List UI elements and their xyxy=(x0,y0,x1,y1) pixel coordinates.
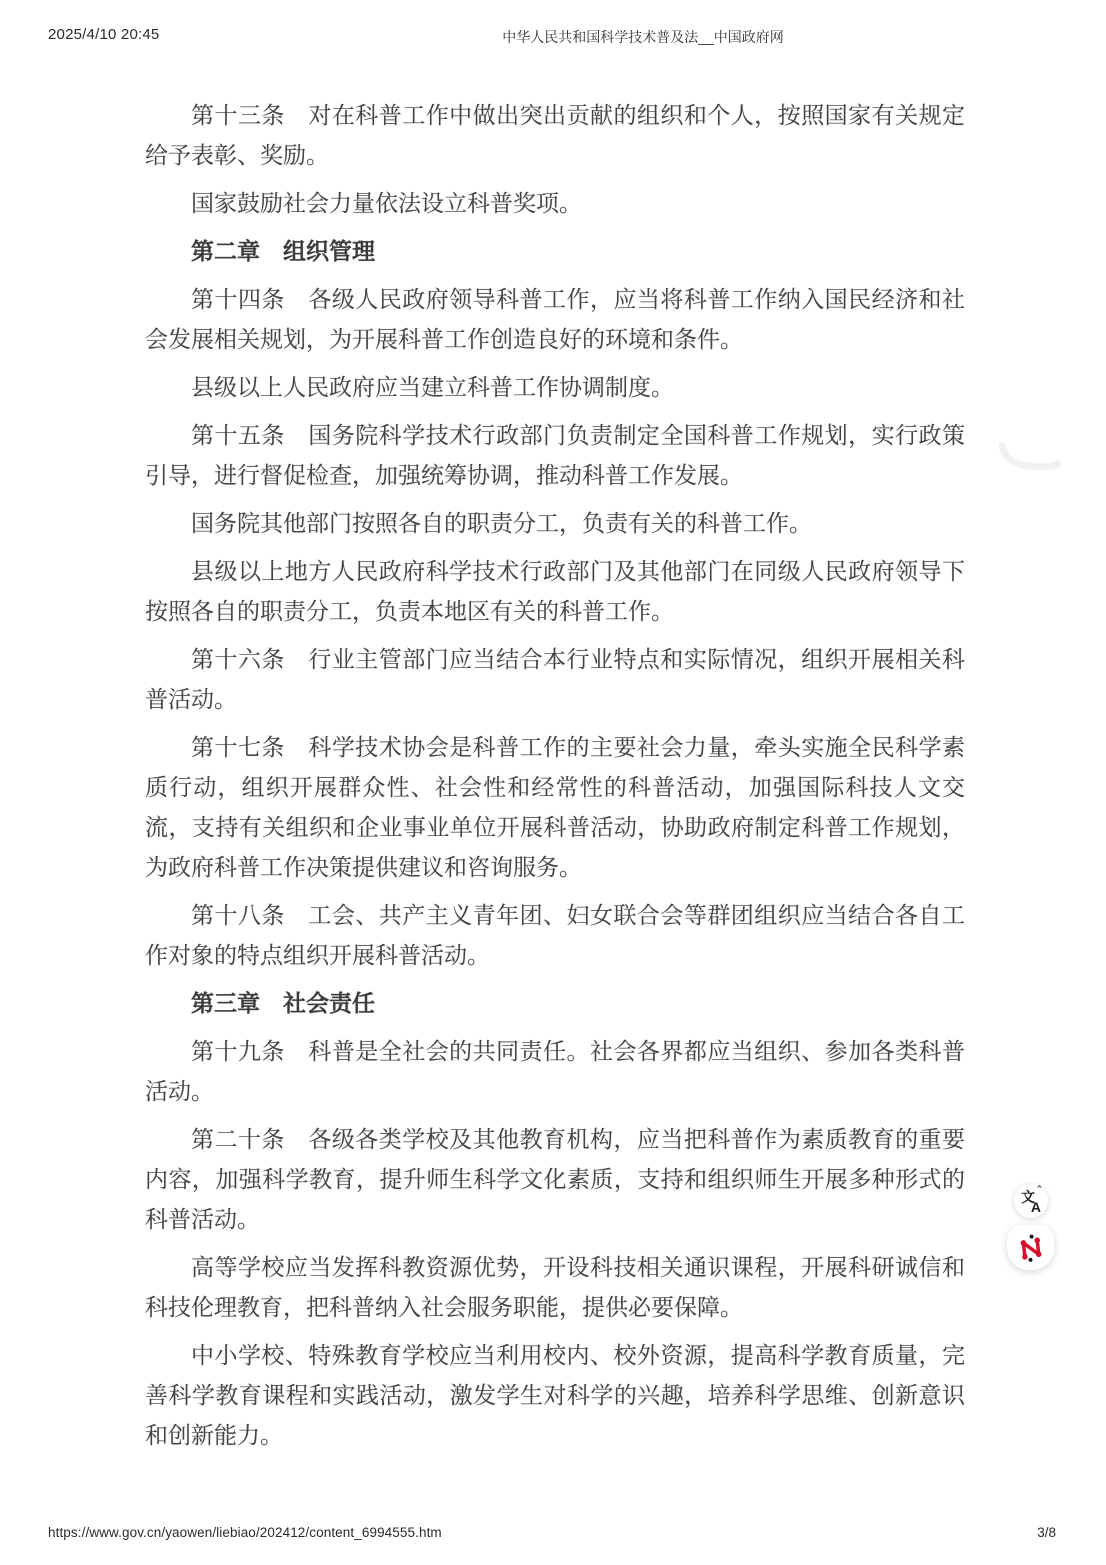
translate-letter-icon: A xyxy=(1031,1199,1041,1215)
law-paragraph: 第十八条 工会、共产主义青年团、妇女联合会等群团组织应当结合各自工作对象的特点组… xyxy=(145,896,965,976)
n-node-graph-icon xyxy=(1017,1234,1045,1262)
print-header: 2025/4/10 20:45 中华人民共和国科学技术普及法__中国政府网 xyxy=(48,26,1058,46)
translate-caret-icon: ˆ xyxy=(1037,1185,1041,1197)
page-number: 3/8 xyxy=(1037,1525,1056,1540)
law-paragraph: 国务院其他部门按照各自的职责分工，负责有关的科普工作。 xyxy=(145,504,965,544)
law-paragraph: 第十六条 行业主管部门应当结合本行业特点和实际情况，组织开展相关科普活动。 xyxy=(145,640,965,720)
notes-extension-button[interactable] xyxy=(1007,1225,1054,1270)
print-footer: https://www.gov.cn/yaowen/liebiao/202412… xyxy=(48,1525,1056,1543)
law-paragraph: 县级以上人民政府应当建立科普工作协调制度。 xyxy=(145,368,965,408)
law-paragraph: 中小学校、特殊教育学校应当利用校内、校外资源，提高科学教育质量，完善科学教育课程… xyxy=(145,1336,965,1456)
law-paragraph: 国家鼓励社会力量依法设立科普奖项。 xyxy=(145,184,965,224)
chapter-heading: 第三章 社会责任 xyxy=(145,984,965,1024)
law-paragraph: 县级以上地方人民政府科学技术行政部门及其他部门在同级人民政府领导下按照各自的职责… xyxy=(145,552,965,632)
document-title: 中华人民共和国科学技术普及法__中国政府网 xyxy=(228,27,1058,47)
scan-artifact xyxy=(998,442,1060,474)
law-paragraph: 第二十条 各级各类学校及其他教育机构，应当把科普作为素质教育的重要内容，加强科学… xyxy=(145,1120,965,1240)
law-paragraph: 第十五条 国务院科学技术行政部门负责制定全国科普工作规划，实行政策引导，进行督促… xyxy=(145,416,965,496)
law-paragraph: 第十七条 科学技术协会是科普工作的主要社会力量，牵头实施全民科学素质行动，组织开… xyxy=(145,728,965,888)
law-paragraph: 第十九条 科普是全社会的共同责任。社会各界都应当组织、参加各类科普活动。 xyxy=(145,1032,965,1112)
source-url: https://www.gov.cn/yaowen/liebiao/202412… xyxy=(48,1525,442,1540)
translate-button[interactable]: 文 ˆ A xyxy=(1014,1184,1048,1218)
law-paragraph: 第十三条 对在科普工作中做出突出贡献的组织和个人，按照国家有关规定给予表彰、奖励… xyxy=(145,96,965,176)
law-paragraph: 高等学校应当发挥科教资源优势，开设科技相关通识课程，开展科研诚信和科技伦理教育，… xyxy=(145,1248,965,1328)
chapter-heading: 第二章 组织管理 xyxy=(145,232,965,272)
print-timestamp: 2025/4/10 20:45 xyxy=(48,26,159,43)
law-document-body: 第十三条 对在科普工作中做出突出贡献的组织和个人，按照国家有关规定给予表彰、奖励… xyxy=(145,96,965,1456)
law-paragraph: 第十四条 各级人民政府领导科普工作，应当将科普工作纳入国民经济和社会发展相关规划… xyxy=(145,280,965,360)
